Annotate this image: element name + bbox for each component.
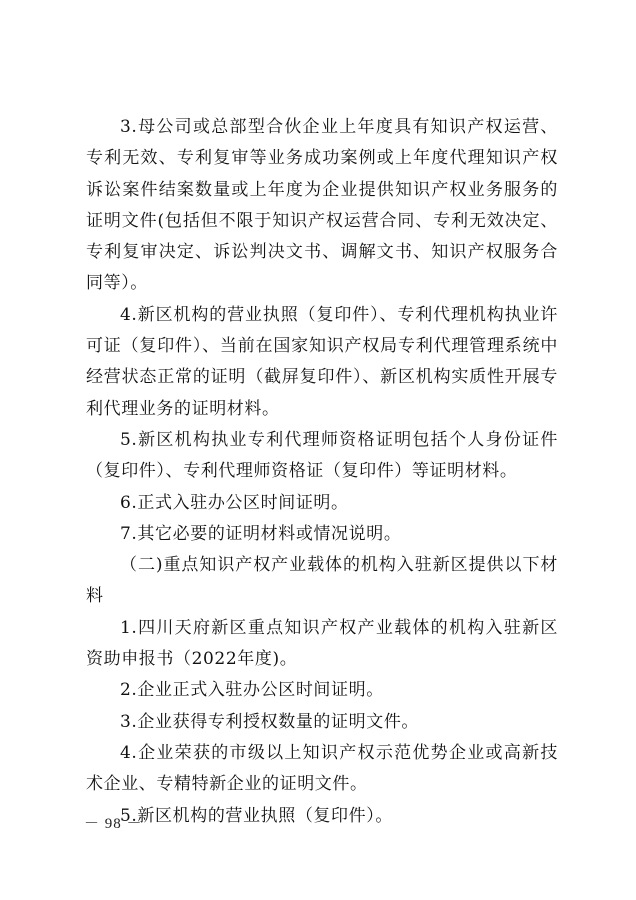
paragraph-item-5: 5.新区机构执业专利代理师资格证明包括个人身份证件（复印件）、专利代理师资格证（… xyxy=(86,425,558,488)
paragraph-item-3: 3.母公司或总部型合伙企业上年度具有知识产权运营、专利无效、专利复审等业务成功案… xyxy=(86,112,558,300)
paragraph-s2-item-3: 3.企业获得专利授权数量的证明文件。 xyxy=(86,707,558,738)
document-page: 3.母公司或总部型合伙企业上年度具有知识产权运营、专利无效、专利复审等业务成功案… xyxy=(0,0,636,900)
page-number: － 98 － xyxy=(84,812,143,833)
paragraph-s2-item-5: 5.新区机构的营业执照（复印件）。 xyxy=(86,801,558,832)
paragraph-item-7: 7.其它必要的证明材料或情况说明。 xyxy=(86,519,558,550)
paragraph-item-4: 4.新区机构的营业执照（复印件）、专利代理机构执业许可证（复印件）、当前在国家知… xyxy=(86,300,558,425)
paragraph-s2-item-2: 2.企业正式入驻办公区时间证明。 xyxy=(86,675,558,706)
paragraph-s2-item-4: 4.企业荣获的市级以上知识产权示范优势企业或高新技术企业、专精特新企业的证明文件… xyxy=(86,738,558,801)
section-heading-2: （二)重点知识产权产业载体的机构入驻新区提供以下材料 xyxy=(86,550,558,613)
paragraph-s2-item-1: 1.四川天府新区重点知识产权产业载体的机构入驻新区资助申报书（2022年度)。 xyxy=(86,613,558,676)
document-body: 3.母公司或总部型合伙企业上年度具有知识产权运营、专利无效、专利复审等业务成功案… xyxy=(86,112,558,832)
paragraph-item-6: 6.正式入驻办公区时间证明。 xyxy=(86,488,558,519)
